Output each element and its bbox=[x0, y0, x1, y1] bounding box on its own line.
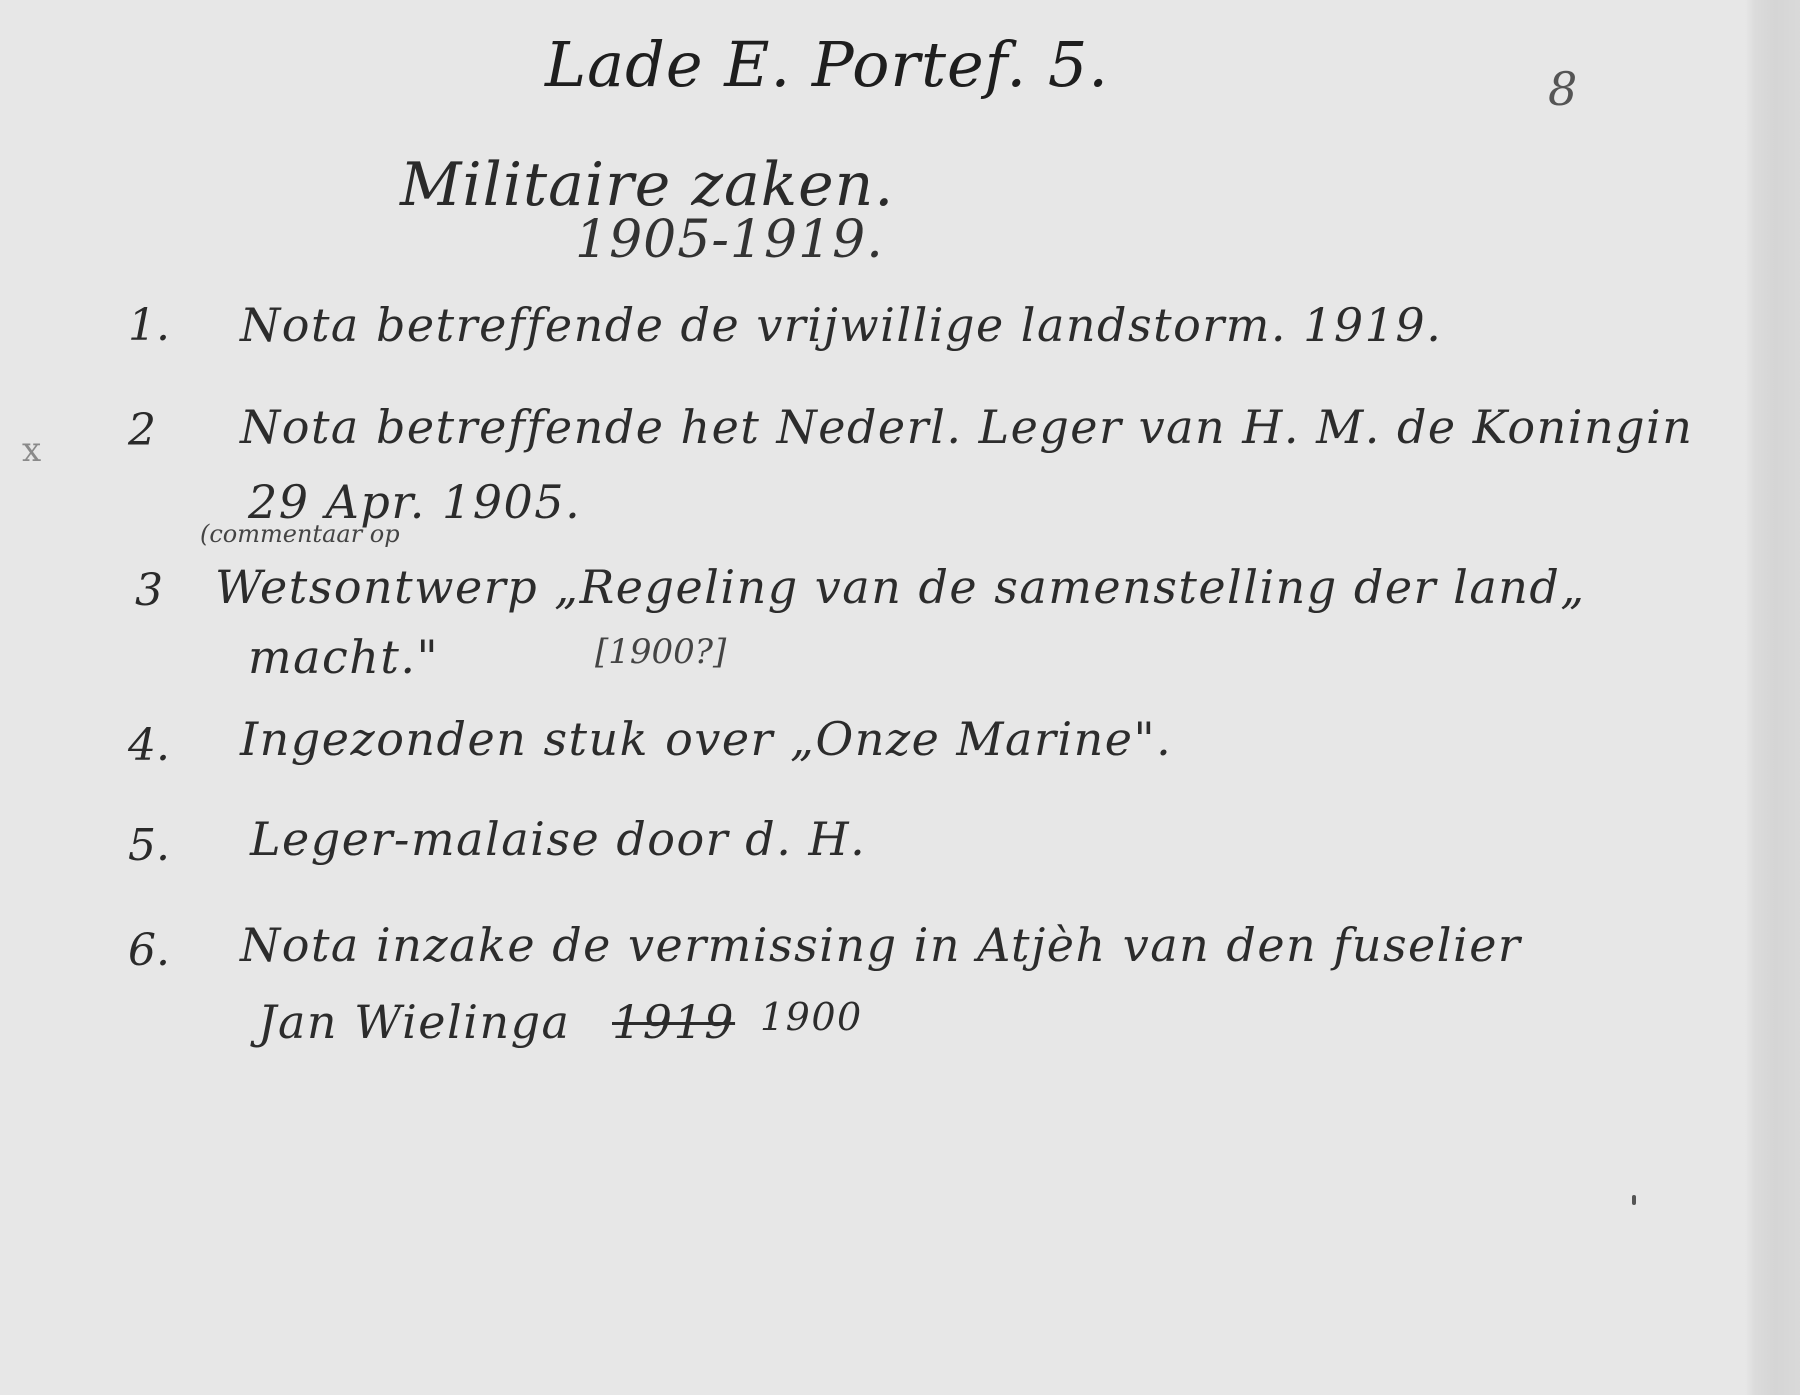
item-text-line: Ingezonden stuk over „Onze Marine". bbox=[240, 712, 1172, 766]
item-number: 4. bbox=[128, 720, 170, 771]
page-number: 8 bbox=[1548, 62, 1578, 116]
margin-check-mark: x bbox=[22, 430, 42, 470]
item-text-line: macht." bbox=[248, 630, 439, 684]
item-text-line: Wetsontwerp „Regeling van de samenstelli… bbox=[215, 560, 1586, 614]
item-number: 3 bbox=[135, 565, 163, 616]
item-number: 2 bbox=[128, 405, 156, 456]
item-number: 5. bbox=[128, 820, 170, 871]
corrected-year: 1900 bbox=[760, 995, 863, 1039]
period-range: 1905-1919. bbox=[575, 210, 884, 270]
item-number: 6. bbox=[128, 925, 170, 976]
item-text-line: Nota inzake de vermissing in Atjèh van d… bbox=[240, 918, 1521, 972]
archival-inventory-page: Lade E. Portef. 5. 8 Militaire zaken. 19… bbox=[0, 0, 1800, 1395]
item-text-line: Nota betreffende de vrijwillige landstor… bbox=[240, 298, 1442, 352]
interlinear-annotation: (commentaar op bbox=[200, 520, 400, 548]
struck-year: 1919 bbox=[612, 995, 735, 1049]
item-text-line: Nota betreffende het Nederl. Leger van H… bbox=[240, 400, 1693, 454]
paper-speck bbox=[1632, 1195, 1636, 1205]
bracketed-date-note: [1900?] bbox=[595, 632, 726, 672]
item-text-line: Jan Wielinga bbox=[258, 995, 570, 1049]
item-number: 1. bbox=[128, 300, 170, 351]
drawer-portfolio-title: Lade E. Portef. 5. bbox=[545, 28, 1109, 101]
item-text-line: Leger-malaise door d. H. bbox=[250, 812, 866, 866]
